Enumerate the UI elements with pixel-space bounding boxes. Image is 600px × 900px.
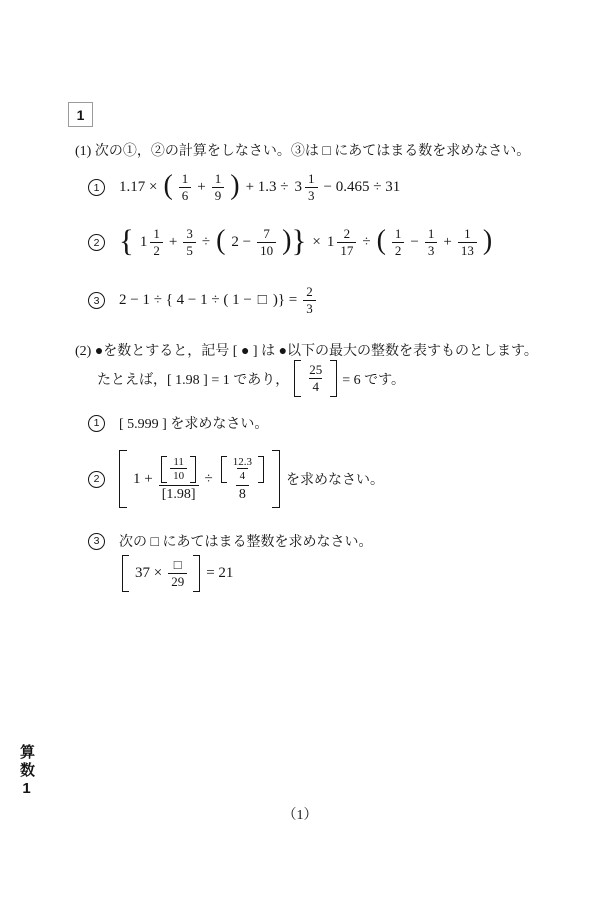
open-bracket: [122, 555, 129, 592]
close-bracket: [330, 360, 337, 397]
fraction: 12.3 4: [230, 456, 255, 483]
mixed-number: 1 1 2: [140, 227, 163, 258]
math-text: + 1.3 ÷: [246, 179, 289, 196]
close-bracket: [193, 555, 200, 592]
operator: +: [443, 234, 451, 251]
operator: ×: [312, 234, 320, 251]
q2-item-2: 2 1 + 11 10 [1.98] ÷ 12.3 4: [88, 456, 384, 502]
question-2-text: ●を数とすると，記号 [ ● ] は ●以下の最大の整数を表すものとします。: [95, 344, 538, 359]
subject-side-label: 算数1: [16, 744, 37, 800]
question-2-example: たとえば，[ 1.98 ] = 1 であり， 25 4 = 6 です。: [97, 363, 405, 394]
fraction: □ 29: [168, 558, 187, 589]
operator: −: [410, 234, 418, 251]
calc-item-2: 2 { 1 1 2 + 3 5 ÷ ( 2 − 7 10 ) } × 1 2 1…: [88, 227, 492, 258]
fraction: 1 13: [458, 227, 477, 258]
close-bracket: [258, 456, 264, 483]
circled-number-3: 3: [88, 533, 105, 550]
fraction: 1 2: [150, 227, 163, 258]
question-1-instruction: (1) 次の①，②の計算をしなさい。③は □ にあてはまる数を求めなさい。: [75, 140, 530, 160]
question-1-label: (1): [75, 144, 91, 159]
calc-item-1: 1 1.17 × ( 1 6 + 1 9 ) + 1.3 ÷ 3 1 3 − 0…: [88, 172, 400, 203]
fraction: 2 17: [337, 227, 356, 258]
fraction: 1 6: [179, 172, 192, 203]
fraction: 11 10 [1.98]: [159, 456, 199, 502]
operator: ÷: [205, 471, 213, 488]
mixed-number: 3 1 3: [295, 172, 318, 203]
problem-number: 1: [77, 107, 85, 123]
open-bracket: [221, 456, 227, 483]
close-paren: ): [282, 230, 291, 255]
open-bracket: [294, 360, 301, 397]
page-number: （1）: [0, 804, 600, 824]
math-text: 1.17 ×: [119, 179, 157, 196]
open-bracket: [119, 450, 127, 508]
fraction: 1 3: [305, 172, 318, 203]
operator: +: [169, 234, 177, 251]
math-text: = 21: [206, 565, 233, 582]
box-placeholder: □: [258, 292, 267, 309]
operator: +: [197, 179, 205, 196]
fraction: 12.3 4 8: [219, 456, 266, 502]
exam-page: 1 (1) 次の①，②の計算をしなさい。③は □ にあてはまる数を求めなさい。 …: [0, 0, 600, 900]
math-text: 37 ×: [135, 565, 162, 582]
math-text: 1 +: [133, 471, 153, 488]
fraction: 25 4: [306, 363, 325, 394]
close-bracket: [272, 450, 280, 508]
open-paren: (: [216, 230, 225, 255]
math-text: )} =: [273, 292, 297, 309]
problem-number-box: 1: [68, 102, 93, 127]
fraction: 3 5: [183, 227, 196, 258]
q2-item-1: 1 [ 5.999 ] を求めなさい。: [88, 413, 268, 433]
circled-number-2: 2: [88, 234, 105, 251]
math-text: 2 − 1 ÷ { 4 − 1 ÷ ( 1 −: [119, 292, 252, 309]
operator: ÷: [362, 234, 370, 251]
question-2-label: (2): [75, 344, 91, 359]
circled-number-3: 3: [88, 292, 105, 309]
circled-number-1: 1: [88, 415, 105, 432]
math-text: − 0.465 ÷ 31: [324, 179, 401, 196]
q2-item-3-equation: 37 × □ 29 = 21: [122, 558, 233, 589]
open-paren: (: [377, 230, 386, 255]
fraction: 1 9: [212, 172, 225, 203]
fraction: 1 2: [392, 227, 405, 258]
open-bracket: [161, 456, 167, 483]
close-brace: }: [291, 229, 306, 257]
calc-item-3: 3 2 − 1 ÷ { 4 − 1 ÷ ( 1 − □ )} = 2 3: [88, 285, 316, 316]
close-paren: ): [483, 230, 492, 255]
box-placeholder: □: [171, 558, 185, 573]
question-1-text: 次の①，②の計算をしなさい。③は □ にあてはまる数を求めなさい。: [95, 144, 530, 159]
fraction: 2 3: [303, 285, 316, 316]
fraction: 1 3: [425, 227, 438, 258]
circled-number-2: 2: [88, 471, 105, 488]
open-paren: (: [163, 175, 172, 200]
operator: ÷: [202, 234, 210, 251]
open-brace: {: [119, 229, 134, 257]
fraction: 7 10: [257, 227, 276, 258]
question-2-instruction: (2) ●を数とすると，記号 [ ● ] は ●以下の最大の整数を表すものとしま…: [75, 340, 538, 360]
q2-item-3-instruction: 3 次の □ にあてはまる整数を求めなさい。: [88, 531, 372, 551]
mixed-number: 1 2 17: [327, 227, 357, 258]
math-text: 2 −: [231, 234, 251, 251]
fraction: 11 10: [170, 456, 187, 483]
close-bracket: [190, 456, 196, 483]
circled-number-1: 1: [88, 179, 105, 196]
close-paren: ): [230, 175, 239, 200]
